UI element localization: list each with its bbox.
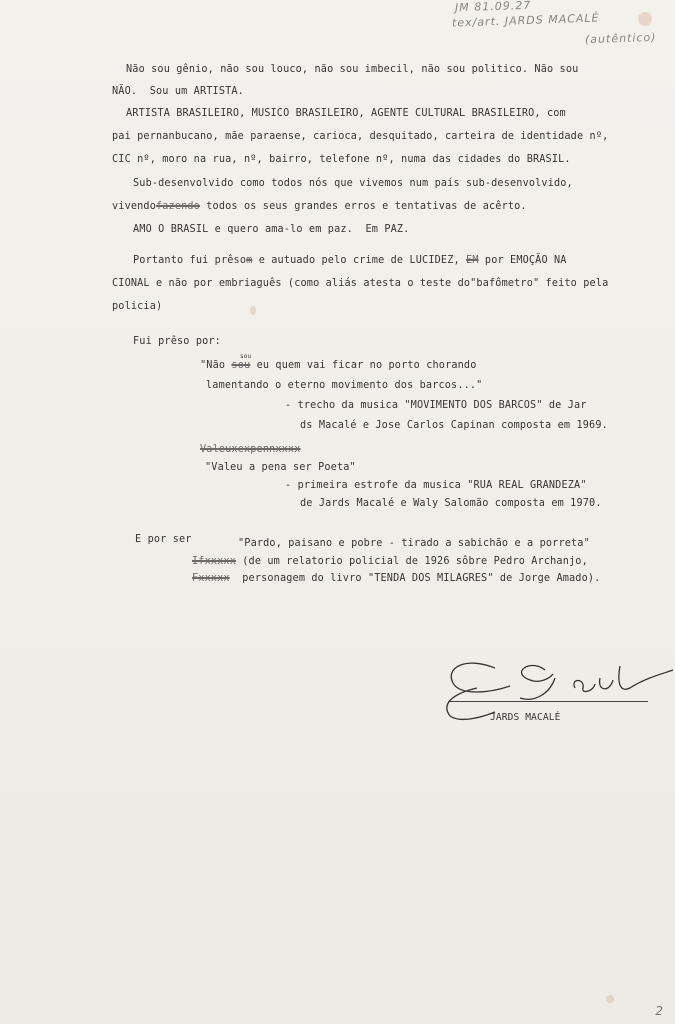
quote-line: "Pardo, paisano e pobre - tirado a sabic… — [238, 538, 590, 549]
struck-text: fazendo — [156, 201, 200, 212]
page-number: 2 — [655, 1004, 663, 1018]
quote-line: "Não sou eu quem vai ficar no porto chor… — [200, 360, 476, 371]
quote-line: "Valeu a pena ser Poeta" — [205, 462, 356, 473]
body-line: Portanto fui prêsom e autuado pelo crime… — [133, 255, 567, 266]
text: vivendo — [112, 201, 156, 212]
body-line: Sub-desenvolvido como todos nós que vive… — [133, 178, 573, 189]
section-label: E por ser — [135, 534, 192, 545]
struck-text: EM — [466, 255, 479, 266]
body-line: policia) — [112, 301, 162, 312]
struck-text: sou — [231, 360, 250, 371]
text: e autuado pelo crime de LUCIDEZ, — [252, 255, 466, 266]
stain — [638, 12, 652, 26]
text: todos os seus grandes erros e tentativas… — [200, 201, 527, 212]
archive-annotation-title: tex/art. JARDS MACALÉ — [452, 11, 600, 29]
section-label: Fui prêso por: — [133, 336, 221, 347]
body-line: pai pernanbucano, mãe paraense, carioca,… — [112, 131, 608, 142]
signature-line — [448, 701, 648, 702]
archive-annotation-note: (autêntico) — [585, 31, 657, 46]
body-line: vivendofazendo todos os seus grandes err… — [112, 201, 527, 212]
text: Portanto fui prêso — [133, 255, 246, 266]
quote-source: de Jards Macalé e Waly Salomão composta … — [300, 498, 602, 509]
text: (de um relatorio policial de 1926 sôbre … — [236, 556, 588, 567]
body-line: Não sou gênio, não sou louco, não sou im… — [126, 64, 578, 75]
stain — [606, 995, 614, 1003]
body-line: AMO O BRASIL e quero ama-lo em paz. Em P… — [133, 224, 409, 235]
body-line: CIC nº, moro na rua, nº, bairro, telefon… — [112, 154, 571, 165]
quote-source: - primeira estrofe da musica "RUA REAL G… — [285, 480, 587, 491]
text: "Não — [200, 360, 231, 371]
struck-line: Valeuxexpennxxxx — [200, 444, 301, 455]
struck-text: Ifxxxxx — [192, 556, 236, 567]
body-line: NÃO. Sou um ARTISTA. — [112, 86, 244, 97]
document-page: JM 81.09.27 tex/art. JARDS MACALÉ (autên… — [0, 0, 675, 1024]
quote-line: lamentando o eterno movimento dos barcos… — [206, 380, 482, 391]
text: eu quem vai ficar no porto chorando — [250, 360, 476, 371]
struck-text: Fxxxxx — [192, 573, 230, 584]
text: personagem do livro "TENDA DOS MILAGRES"… — [230, 573, 601, 584]
body-line: CIONAL e não por embriaguês (como aliás … — [112, 278, 608, 289]
text: por EMOÇÃO NA — [479, 255, 567, 266]
stain — [250, 306, 256, 315]
handwritten-insert: sou — [240, 353, 251, 360]
signature-name: JARDS MACALÉ — [490, 712, 560, 723]
quote-source: Ifxxxxx (de um relatorio policial de 192… — [192, 556, 588, 567]
quote-source: Fxxxxx personagem do livro "TENDA DOS MI… — [192, 573, 600, 584]
archive-annotation-date: JM 81.09.27 — [455, 0, 532, 14]
body-line: ARTISTA BRASILEIRO, MUSICO BRASILEIRO, A… — [126, 108, 566, 119]
quote-source: ds Macalé e Jose Carlos Capinan composta… — [300, 420, 608, 431]
quote-source: - trecho da musica "MOVIMENTO DOS BARCOS… — [285, 400, 587, 411]
